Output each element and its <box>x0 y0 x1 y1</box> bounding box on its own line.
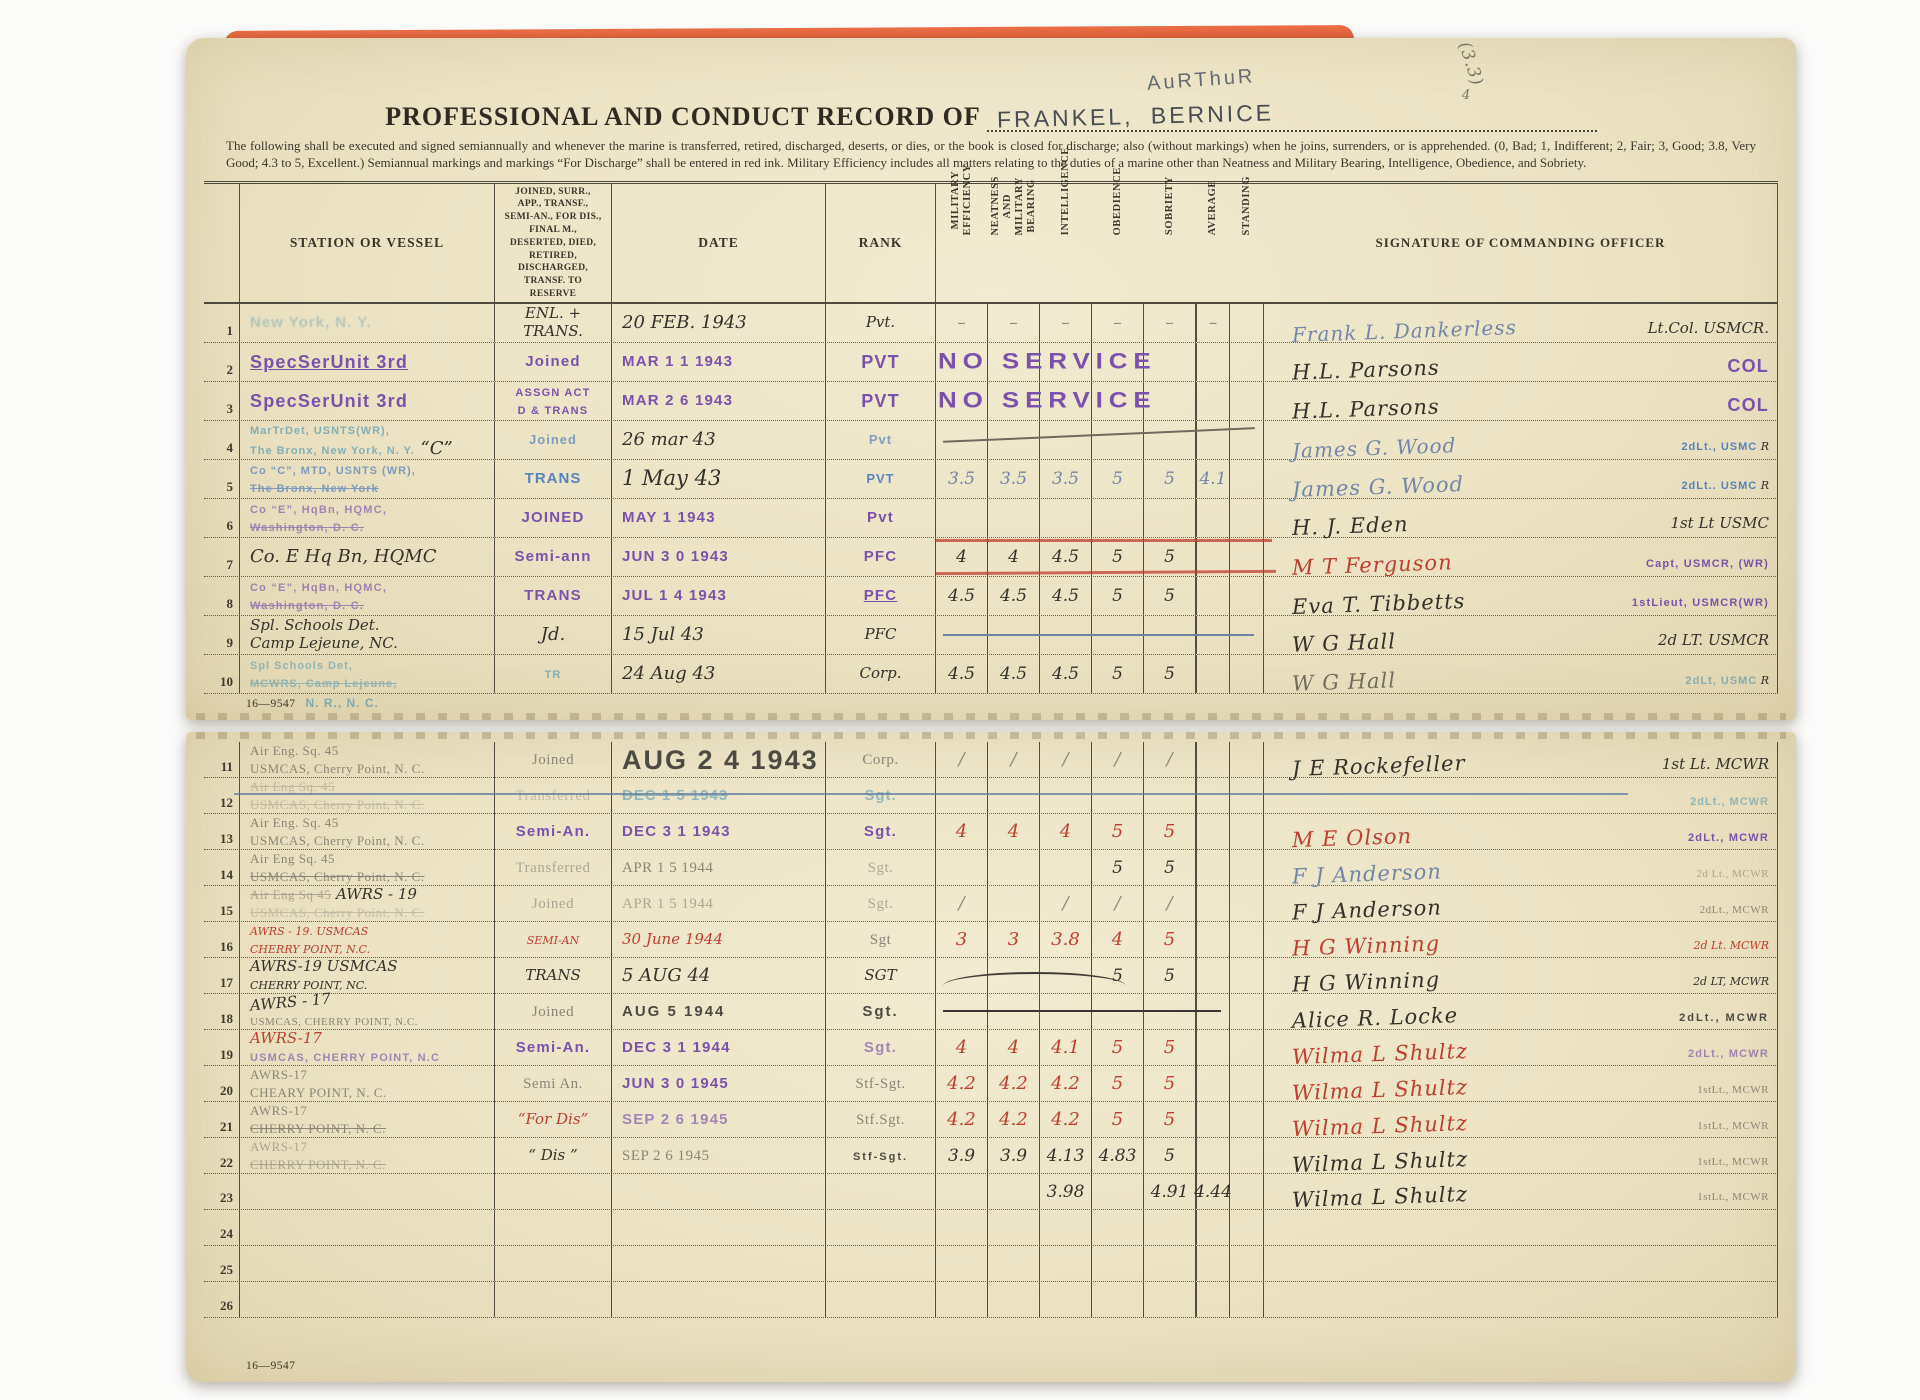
rating-value: 5 <box>1112 1037 1123 1058</box>
rating-value: – <box>1009 313 1018 333</box>
rating-value: 4 <box>1112 929 1123 950</box>
text-line: 2d LT, MCWR <box>1693 972 1769 990</box>
text-run: CHERRY POINT, N. C. <box>250 1157 386 1172</box>
row-number: 19 <box>204 1030 240 1066</box>
station-cell: SpecSerUnit 3rd <box>240 343 495 381</box>
rating-value: / <box>1166 749 1172 770</box>
rating-cell: 4.44 <box>1195 1174 1230 1209</box>
text-run: PFC <box>864 548 898 565</box>
text-line: The Bronx, New York, N. Y. “C” <box>250 439 494 459</box>
rating-cell <box>1230 655 1264 693</box>
row-number: 6 <box>204 499 240 537</box>
text-run: 2dLt., USMC <box>1681 441 1757 453</box>
text-run: “ Dis ” <box>528 1146 577 1164</box>
record-row: 2SpecSerUnit 3rdJoinedMAR 1 1 1943PVTNO … <box>204 343 1778 382</box>
text-run: J E Rockefeller <box>1292 751 1466 781</box>
text-line: Spl. Schools Det. <box>250 617 494 635</box>
text-run: 1stLt., MCWR <box>1697 1084 1769 1096</box>
rating-value: – <box>1113 313 1122 333</box>
text-line: Sgt. <box>864 787 896 805</box>
rating-cell <box>1230 421 1264 459</box>
date-cell: MAR 1 1 1943 <box>612 343 826 381</box>
text-run: CHERRY POINT, N. C. <box>250 1121 386 1136</box>
text-run: TRANS <box>525 966 581 984</box>
rank-cell: PVT <box>826 382 936 420</box>
station-cell: Co “E”, HqBn, HQMC,Washington, D. C. <box>240 577 495 615</box>
row-number: 13 <box>204 814 240 850</box>
text-run: 26 mar 43 <box>622 429 716 450</box>
record-row: 17AWRS-19 USMCASCHERRY POINT, NC.TRANS5 … <box>204 958 1778 994</box>
rating-cell <box>1040 382 1092 420</box>
row-number: 5 <box>204 460 240 498</box>
text-run: R <box>1757 674 1769 687</box>
text-run: MAR 1 1 1943 <box>622 353 733 370</box>
row-number: 4 <box>204 421 240 459</box>
rating-cell <box>1195 655 1230 693</box>
corner-annotation: (3.3) 4 <box>1448 54 1493 74</box>
action-cell: Transferred <box>495 778 612 814</box>
text-line: Stf-Sgt. <box>855 1075 905 1093</box>
text-line: 15 Jul 43 <box>622 625 825 645</box>
text-line: 26 mar 43 <box>622 430 825 450</box>
rating-value: 5 <box>1164 1037 1175 1058</box>
text-line: 20 FEB. 1943 <box>622 313 825 333</box>
ratings-cells: 55 <box>936 850 1264 886</box>
rating-cell: / <box>936 886 988 922</box>
text-line: AWRS - 19. USMCAS <box>250 922 494 940</box>
rating-cell: 5 <box>1092 850 1144 886</box>
ratings-cells: NO SERVICE <box>936 382 1264 420</box>
rating-cell <box>1040 1210 1092 1245</box>
rating-header-label: SOBRIETY <box>1163 176 1175 235</box>
name-field: AuRThuR FRANKEL, BERNICE <box>987 103 1597 132</box>
text-run: AUG 2 4 1943 <box>622 745 819 775</box>
action-cell: SEMI-AN <box>495 922 612 958</box>
rank-cell: PFC <box>826 616 936 654</box>
rating-value: 4.5 <box>948 664 975 684</box>
text-line: Joined <box>532 751 574 769</box>
rating-value: 4.44 <box>1194 1182 1232 1202</box>
text-line: USMCAS, Cherry Point, N. C. <box>250 760 494 778</box>
text-line: 2dLt., MCWR <box>1690 792 1769 810</box>
text-run: Semi-An. <box>516 823 591 840</box>
rating-value: 5 <box>1164 1146 1175 1166</box>
rating-cell <box>1144 778 1196 814</box>
text-line: Air Eng. Sq. 45 <box>250 814 494 832</box>
rating-header-label: STANDING <box>1240 176 1252 235</box>
rating-cell: – <box>1144 304 1196 342</box>
action-cell: Joined <box>495 421 612 459</box>
text-line: USMCAS, Cherry Point, N. C. <box>250 868 494 886</box>
signature-cell: Wilma L Shultz1stLt., MCWR <box>1264 1174 1778 1209</box>
text-run: 2dLt.. USMC <box>1681 480 1757 492</box>
row-number: 3 <box>204 382 240 420</box>
text-line: The Bronx, New York <box>250 479 494 497</box>
rating-cell <box>1230 343 1264 381</box>
text-line: PVT <box>861 352 900 373</box>
text-run: AWRS-17 <box>250 1029 322 1047</box>
text-run: CHERRY POINT, NC. <box>250 979 367 992</box>
rating-cell: 3 <box>936 922 988 958</box>
record-row: 19AWRS-17USMCAS, CHERRY POINT, N.CSemi-A… <box>204 1030 1778 1066</box>
rating-value: 4 <box>956 1037 967 1058</box>
rating-value: – <box>1061 313 1070 333</box>
text-line: JOINED <box>521 509 584 527</box>
officer-rank: 2d Lt., MCWR <box>1696 864 1769 884</box>
row-number: 10 <box>204 655 240 693</box>
station-cell: Co “C”, MTD, USNTS (WR),The Bronx, New Y… <box>240 460 495 498</box>
text-run: 1st Lt USMC <box>1670 514 1769 532</box>
rating-value: – <box>957 313 966 333</box>
station-cell <box>240 1210 495 1245</box>
row-number: 2 <box>204 343 240 381</box>
rating-cell <box>1040 850 1092 886</box>
text-line: PVT <box>866 470 894 488</box>
action-cell: ENL. +TRANS. <box>495 304 612 342</box>
rating-cell: 4 <box>936 538 988 576</box>
rating-cell <box>1144 1210 1196 1245</box>
text-run: M T Ferguson <box>1292 550 1453 580</box>
ratings-cells: 3.53.53.5554.1 <box>936 460 1264 498</box>
rating-cell <box>1195 994 1230 1030</box>
text-run: 1 May 43 <box>622 466 721 490</box>
rating-value: 4.1 <box>1199 469 1226 489</box>
rating-cell: 4.5 <box>1040 538 1092 576</box>
text-line: 2dLt.. USMC R <box>1681 476 1769 494</box>
rating-cell: 3 <box>988 922 1040 958</box>
rating-cell: 5 <box>1144 1102 1196 1138</box>
rating-cell <box>1092 499 1144 537</box>
text-run: SGT <box>864 966 896 984</box>
ratings-cells <box>936 1282 1264 1317</box>
text-run: PVT <box>861 352 900 372</box>
station-cell: AWRS - 17USMCAS, CHERRY POINT, N.C. <box>240 994 495 1030</box>
text-line: 2d Lt., MCWR <box>1696 864 1769 882</box>
text-line: W G Hall <box>1292 669 1397 696</box>
rating-cell: 4.91 <box>1144 1174 1196 1209</box>
signature-name: James G. Wood <box>1292 473 1465 503</box>
signature-name: H.L. Parsons <box>1292 395 1440 424</box>
rating-cell <box>1040 778 1092 814</box>
rating-value: 3.9 <box>1000 1146 1027 1166</box>
rating-cell: 4.13 <box>1040 1138 1092 1174</box>
record-rows-top: 1New York, N. Y.ENL. +TRANS.20 FEB. 1943… <box>204 304 1778 694</box>
rating-cell <box>1195 577 1230 615</box>
text-run: 5 AUG 44 <box>622 965 710 986</box>
text-line: USMCAS, Cherry Point, N. C. <box>250 832 494 850</box>
action-cell: Joined <box>495 994 612 1030</box>
text-line: Sgt. <box>864 1039 897 1057</box>
text-line: H. J. Eden <box>1292 513 1409 541</box>
text-line: M T Ferguson <box>1292 551 1453 580</box>
row-number: 21 <box>204 1102 240 1138</box>
station-cell: Air Eng Sq 45 AWRS - 19USMCAS, Cherry Po… <box>240 886 495 922</box>
text-run: SEP 2 6 1945 <box>622 1111 729 1128</box>
rating-cell <box>1040 499 1092 537</box>
signature-header: SIGNATURE OF COMMANDING OFFICER <box>1264 184 1778 302</box>
text-line: Air Eng Sq. 45 <box>250 850 494 868</box>
text-line: SpecSerUnit 3rd <box>250 391 494 412</box>
signature-cell: James G. Wood2dLt.. USMC R <box>1264 460 1778 498</box>
signature-cell: W G Hall2dLt, USMC R <box>1264 655 1778 693</box>
rating-cell: / <box>988 742 1040 778</box>
rating-value: 5 <box>1112 858 1123 878</box>
text-run: JUL 1 4 1943 <box>622 587 727 604</box>
text-run: H G Winning <box>1292 932 1441 961</box>
text-line: 2d Lt. MCWR <box>1693 936 1769 954</box>
rating-cell: / <box>1092 886 1144 922</box>
rating-cell <box>1195 742 1230 778</box>
rating-cell <box>988 850 1040 886</box>
text-run: Camp Lejeune, NC. <box>250 634 398 652</box>
signature-cell: H.L. ParsonsCOL <box>1264 343 1778 381</box>
row-number: 26 <box>204 1282 240 1317</box>
text-run: Wilma L Shultz <box>1292 1147 1469 1177</box>
text-line: H.L. Parsons <box>1292 356 1440 385</box>
handwritten-name: FRANKEL, BERNICE <box>996 99 1274 133</box>
rating-cell <box>1230 886 1264 922</box>
text-line: AWRS-17 <box>250 1138 494 1156</box>
officer-rank: 2dLt., MCWR <box>1688 1044 1769 1064</box>
rating-value: 4.83 <box>1099 1146 1137 1166</box>
rating-cell <box>1040 1282 1092 1317</box>
text-run: TRANS. <box>523 322 583 340</box>
text-run: MarTrDet, USNTS(WR), <box>250 425 390 437</box>
rating-cell: – <box>936 304 988 342</box>
officer-rank: 2dLt., USMC R <box>1681 437 1769 457</box>
signature-cell: H G Winning2d Lt. MCWR <box>1264 922 1778 958</box>
text-line: MAY 1 1943 <box>622 509 825 527</box>
record-row: 21AWRS-17CHERRY POINT, N. C.“For Dis”SEP… <box>204 1102 1778 1138</box>
officer-rank: COL <box>1727 395 1769 418</box>
rating-cell: 5 <box>1092 460 1144 498</box>
record-row: 11Air Eng. Sq. 45USMCAS, Cherry Point, N… <box>204 742 1778 778</box>
text-line: DEC 3 1 1943 <box>622 823 825 841</box>
text-run: MAR 2 6 1943 <box>622 392 733 409</box>
text-line: APR 1 5 1944 <box>622 895 825 913</box>
text-run: H.L. Parsons <box>1292 394 1441 423</box>
text-line: PVT <box>861 391 900 412</box>
text-run: 2dLt, USMC <box>1685 675 1757 687</box>
rank-cell: Sgt. <box>826 886 936 922</box>
text-run: The Bronx, New York, N. Y. <box>250 445 415 457</box>
rating-cell <box>1230 577 1264 615</box>
officer-rank: 1stLt., MCWR <box>1697 1080 1769 1100</box>
text-run: Joined <box>532 1004 574 1020</box>
text-line: 1stLieut, USMCR(WR) <box>1632 593 1769 611</box>
officer-rank: 2dLt., MCWR <box>1690 792 1769 812</box>
rating-cell <box>1195 778 1230 814</box>
text-run: AWRS-17 <box>250 1139 307 1154</box>
record-row: 14Air Eng Sq. 45USMCAS, Cherry Point, N.… <box>204 850 1778 886</box>
rating-cell <box>1230 538 1264 576</box>
record-table-top: STATION OR VESSEL JOINED, SURR., APP., T… <box>204 181 1778 694</box>
text-run: DEC 1 5 1943 <box>622 787 728 804</box>
date-cell: SEP 2 6 1945 <box>612 1138 826 1174</box>
text-line: SpecSerUnit 3rd <box>250 352 494 373</box>
rating-cell: 5 <box>1092 814 1144 850</box>
rating-value: / <box>958 893 964 914</box>
text-line: Joined <box>525 353 581 371</box>
date-cell: DEC 3 1 1944 <box>612 1030 826 1066</box>
text-line: Sgt. <box>862 1003 898 1021</box>
rank-header: RANK <box>826 184 936 302</box>
rating-cell: 5 <box>1092 655 1144 693</box>
row-number-header <box>204 184 240 302</box>
rank-cell: Sgt. <box>826 994 936 1030</box>
date-cell: APR 1 5 1944 <box>612 850 826 886</box>
rating-header-label: MILITARY EFFICIENCY <box>949 164 973 235</box>
text-line: APR 1 5 1944 <box>622 859 825 877</box>
signature-cell: F J Anderson2d Lt., MCWR <box>1264 850 1778 886</box>
date-cell: MAR 2 6 1943 <box>612 382 826 420</box>
station-header-label: STATION OR VESSEL <box>290 235 444 251</box>
rank-header-label: RANK <box>859 235 903 251</box>
rating-cell: 4.2 <box>988 1066 1040 1102</box>
text-run: Sgt. <box>864 823 897 840</box>
text-line: Joined <box>529 431 577 449</box>
rating-value: 3.98 <box>1047 1182 1085 1202</box>
signature-name: James G. Wood <box>1292 435 1457 464</box>
rating-value: / <box>958 749 964 770</box>
text-run: F J Anderson <box>1292 860 1443 889</box>
rating-cell: 5 <box>1144 1030 1196 1066</box>
signature-name: W G Hall <box>1292 669 1397 696</box>
text-line: Sgt. <box>868 859 894 877</box>
rating-cell: 4.5 <box>988 577 1040 615</box>
rating-cell <box>936 958 988 994</box>
rating-cell <box>1230 1210 1264 1245</box>
rating-cell <box>1195 1030 1230 1066</box>
text-line: Co “E”, HqBn, HQMC, <box>250 578 494 596</box>
rating-value: 4.5 <box>1000 586 1027 606</box>
rating-cell <box>1144 499 1196 537</box>
text-run: Capt, USMCR, (WR) <box>1646 558 1769 570</box>
station-cell: New York, N. Y. <box>240 304 495 342</box>
text-line: AWRS-17 <box>250 1102 494 1120</box>
rating-cell <box>936 1246 988 1281</box>
text-run: AWRS-17 <box>250 1103 307 1118</box>
rating-value: 3.5 <box>1000 469 1027 489</box>
rating-value: / <box>1114 893 1120 914</box>
text-run: PFC <box>865 625 897 643</box>
text-run: USMCAS, CHERRY POINT, N.C. <box>250 1016 418 1028</box>
date-cell <box>612 1282 826 1317</box>
text-run: 20 FEB. 1943 <box>622 312 747 333</box>
signature-cell <box>1264 1246 1778 1281</box>
rating-cell <box>1040 421 1092 459</box>
rating-cell: 5 <box>1144 1138 1196 1174</box>
text-run: Co “C”, MTD, USNTS (WR), <box>250 465 416 477</box>
text-line: 1stLt., MCWR <box>1697 1116 1769 1134</box>
text-run: Air Eng Sq. 45 <box>250 779 335 794</box>
text-run: Lt.Col. USMCR. <box>1648 319 1769 337</box>
text-line: SEP 2 6 1945 <box>622 1147 825 1165</box>
rating-cell <box>1195 616 1230 654</box>
rating-value: / <box>1166 893 1172 914</box>
text-run: 2d LT, MCWR <box>1693 975 1769 988</box>
rating-cell: 4.5 <box>1040 577 1092 615</box>
rank-cell <box>826 1210 936 1245</box>
text-line: TRANS <box>524 587 582 605</box>
date-cell: APR 1 5 1944 <box>612 886 826 922</box>
ratings-cells <box>936 1246 1264 1281</box>
text-run: JOINED <box>521 509 584 526</box>
station-cell: AWRS-17USMCAS, CHERRY POINT, N.C <box>240 1030 495 1066</box>
rating-value: 3.9 <box>948 1146 975 1166</box>
text-line: COL <box>1727 395 1769 416</box>
text-run: 2dLt., MCWR <box>1700 904 1769 916</box>
text-run: USMCAS, Cherry Point, N. C. <box>250 797 425 812</box>
text-run: CHEARY POINT, N. C. <box>250 1085 387 1100</box>
record-row: 6Co “E”, HqBn, HQMC,Washington, D. C.JOI… <box>204 499 1778 538</box>
action-cell: TR <box>495 655 612 693</box>
rating-value: 5 <box>1164 929 1175 950</box>
signature-cell: Wilma L Shultz2dLt., MCWR <box>1264 1030 1778 1066</box>
text-line: Sgt. <box>864 823 897 841</box>
date-cell <box>612 1174 826 1209</box>
text-line: 2dLt., MCWR <box>1688 1044 1769 1062</box>
stamp-overflow-text: N. R., N. C. <box>306 696 379 710</box>
rating-cell: 4 <box>936 814 988 850</box>
text-run: Joined <box>532 752 574 768</box>
rank-cell: Sgt. <box>826 814 936 850</box>
text-run: COL <box>1727 395 1769 415</box>
rating-value: 4.5 <box>1052 547 1079 567</box>
officer-rank: Capt, USMCR, (WR) <box>1646 554 1769 574</box>
date-cell: 26 mar 43 <box>612 421 826 459</box>
rating-cell: 5 <box>1144 460 1196 498</box>
officer-rank: 2d LT, MCWR <box>1693 972 1769 992</box>
text-run: APR 1 5 1944 <box>622 896 713 912</box>
form-number: 16—9547 <box>246 1360 296 1372</box>
text-line: 24 Aug 43 <box>622 664 825 684</box>
rating-cell <box>1040 1246 1092 1281</box>
text-line: Semi-An. <box>516 823 591 841</box>
text-run: 2dLt., MCWR <box>1690 796 1769 808</box>
rating-cell: 4 <box>988 538 1040 576</box>
station-cell <box>240 1246 495 1281</box>
text-line: 2d LT. USMCR <box>1658 632 1769 650</box>
ratings-cells: 4.54.54.555 <box>936 655 1264 693</box>
text-run: Jd. <box>541 624 565 645</box>
text-run: 1stLt., MCWR <box>1697 1191 1769 1203</box>
action-cell: TRANS <box>495 958 612 994</box>
text-run: Air Eng Sq 45 <box>250 887 331 902</box>
text-line: JUL 1 4 1943 <box>622 587 825 605</box>
text-run: 2dLt., MCWR <box>1688 1048 1769 1060</box>
rating-value: 4.13 <box>1047 1146 1085 1166</box>
text-line: ENL. + <box>525 305 581 323</box>
text-run: Semi-An. <box>516 1039 591 1056</box>
text-run: Spl. Schools Det. <box>250 616 380 634</box>
text-run: New York, N. Y. <box>250 314 372 331</box>
rating-cell: 5 <box>1144 577 1196 615</box>
rating-cell <box>1195 814 1230 850</box>
text-line: Eva T. Tibbetts <box>1292 590 1466 620</box>
action-cell: Joined <box>495 343 612 381</box>
rating-cell: 5 <box>1092 1030 1144 1066</box>
text-run: 2d LT. USMCR <box>1658 631 1769 649</box>
rating-cell <box>936 343 988 381</box>
row-number: 24 <box>204 1210 240 1245</box>
rating-cell <box>1230 1030 1264 1066</box>
action-cell: “ Dis ” <box>495 1138 612 1174</box>
ratings-header: MILITARY EFFICIENCYNEATNESS AND MILITARY… <box>936 184 1264 302</box>
rating-cell: 4.2 <box>1040 1102 1092 1138</box>
page-footer-bottom: 16—9547 <box>246 1360 1796 1372</box>
text-run: Sgt. <box>868 896 894 912</box>
